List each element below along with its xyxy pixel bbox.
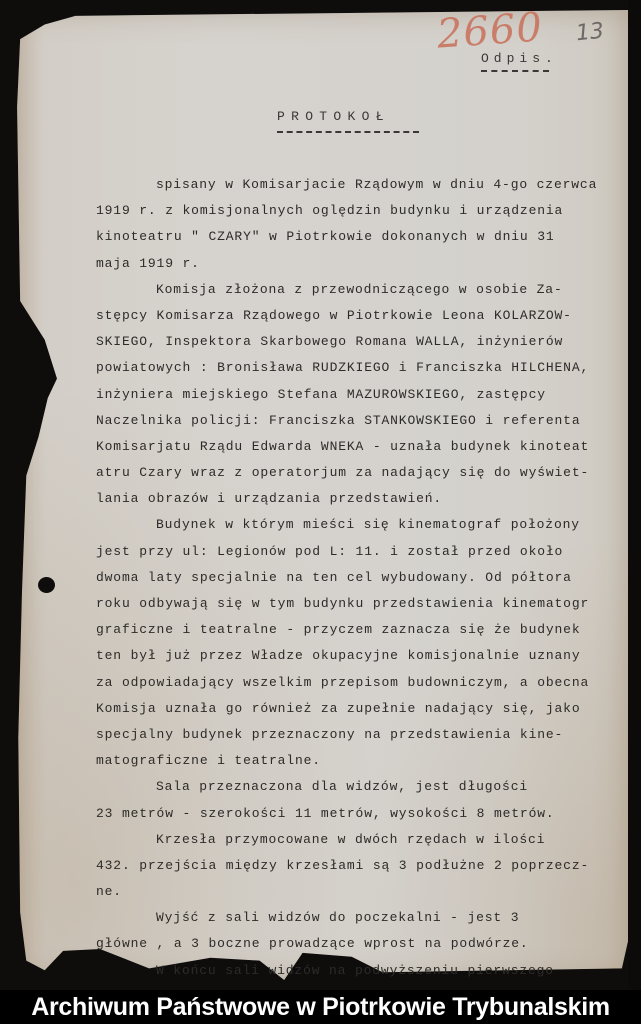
text-line: ten był już przez Władze okupacyjne komi… [96,643,636,669]
text-line: Krzesła przymocowane w dwóch rzędach w i… [96,827,636,853]
text-line: stępcy Komisarza Rządowego w Piotrkowie … [96,303,636,329]
text-line: matograficzne i teatralne. [96,748,636,774]
text-line: 23 metrów - szerokości 11 metrów, wysoko… [96,801,636,827]
text-line: graficzne i teatralne - przyczem zaznacz… [96,617,636,643]
archive-caption: Archiwum Państwowe w Piotrkowie Trybunal… [0,990,641,1024]
text-line: Komisja uznała go również za zupełnie na… [96,696,636,722]
text-line: atru Czary wraz z operatorjum za nadając… [96,460,636,486]
text-line: 1919 r. z komisjonalnych oględzin budynk… [96,198,636,224]
text-line: główne , a 3 boczne prowadzące wprost na… [96,931,636,957]
text-line: lania obrazów i urządzania przedstawień. [96,486,636,512]
punch-hole [38,577,55,593]
text-line: SKIEGO, Inspektora Skarbowego Romana WAL… [96,329,636,355]
text-line: powiatowych : Bronisława RUDZKIEGO i Fra… [96,355,636,381]
text-line: maja 1919 r. [96,251,636,277]
copy-label-underline [481,70,549,72]
text-line: 432. przejścia między krzesłami są 3 pod… [96,853,636,879]
text-line: jest przy ul: Legionów pod L: 11. i zost… [96,539,636,565]
document-title: PROTOKOŁ [277,109,390,124]
page-number-handwritten: 13 [575,19,605,47]
text-line: Sala przeznaczona dla widzów, jest długo… [96,774,636,800]
text-line: inżyniera miejskiego Stefana MAZUROWSKIE… [96,382,636,408]
text-line: W końcu sali widzów na podwyższeniu pier… [96,958,636,984]
text-line: kinoteatru " CZARY" w Piotrkowie dokonan… [96,224,636,250]
text-line: ne. [96,879,636,905]
archive-number-handwritten: 2660 [436,4,545,57]
text-line: roku odbywają się w tym budynku przedsta… [96,591,636,617]
text-line: spisany w Komisarjacie Rządowym w dniu 4… [96,172,636,198]
text-line: specjalny budynek przeznaczony na przeds… [96,722,636,748]
text-line: Naczelnika policji: Franciszka STANKOWSK… [96,408,636,434]
text-line: za odpowiadający wszelkim przepisom budo… [96,670,636,696]
text-line: Budynek w którym mieści się kinematograf… [96,512,636,538]
text-line: dwoma laty specjalnie na ten cel wybudow… [96,565,636,591]
title-underline [277,131,419,133]
text-line: Komisja złożona z przewodniczącego w oso… [96,277,636,303]
document-body: spisany w Komisarjacie Rządowym w dniu 4… [96,172,636,1010]
text-line: Komisarjatu Rządu Edwarda WNEKA - uznała… [96,434,636,460]
copy-label: Odpis. [481,51,558,66]
text-line: Wyjść z sali widzów do poczekalni - jest… [96,905,636,931]
